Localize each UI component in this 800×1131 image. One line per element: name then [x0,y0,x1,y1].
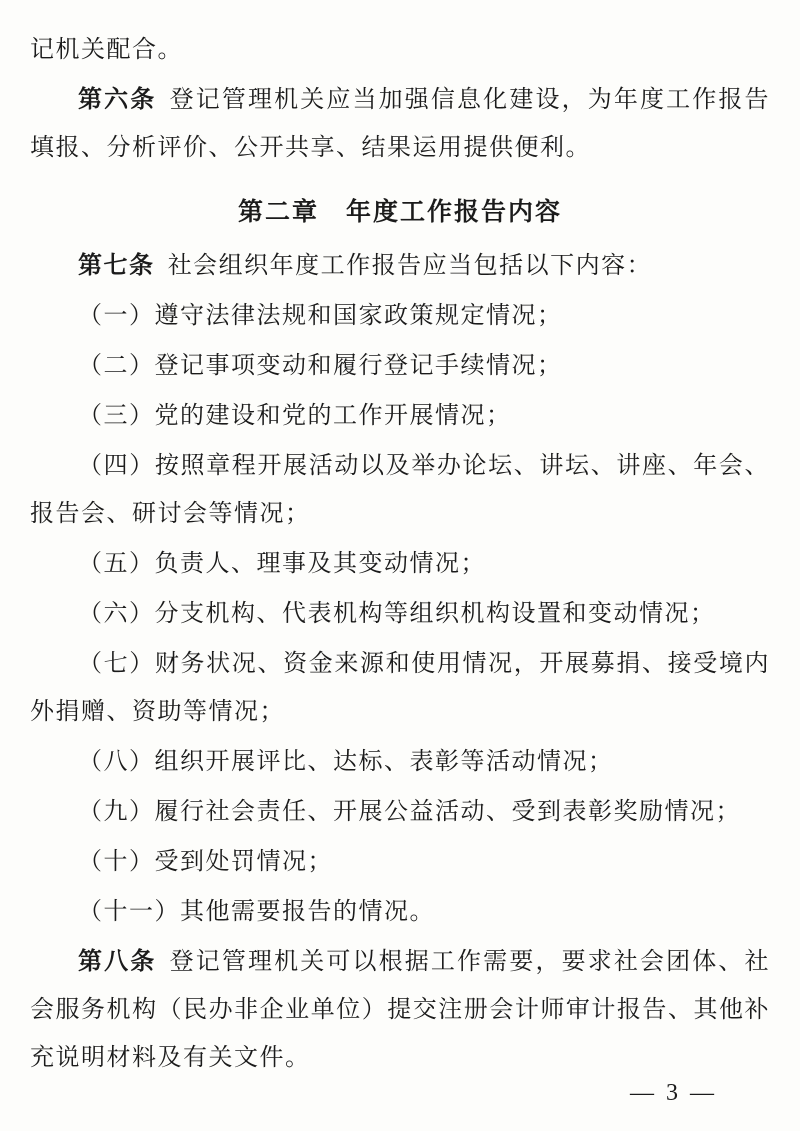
item-4: （四）按照章程开展活动以及举办论坛、讲坛、讲座、年会、报告会、研讨会等情况； [30,442,770,538]
item-6: （六）分支机构、代表机构等组织机构设置和变动情况； [30,590,770,638]
document-body: 记机关配合。 第六条登记管理机关应当加强信息化建设，为年度工作报告填报、分析评价… [0,0,800,1082]
item-5: （五）负责人、理事及其变动情况； [30,540,770,588]
item-10: （十）受到处罚情况； [30,838,770,886]
item-9: （九）履行社会责任、开展公益活动、受到表彰奖励情况； [30,788,770,836]
document-page: 记机关配合。 第六条登记管理机关应当加强信息化建设，为年度工作报告填报、分析评价… [0,0,800,1131]
article-6-label: 第六条 [78,86,156,113]
chapter-heading: 第二章 年度工作报告内容 [30,188,770,236]
article-6: 第六条登记管理机关应当加强信息化建设，为年度工作报告填报、分析评价、公开共享、结… [30,76,770,172]
paragraph-continuation: 记机关配合。 [30,26,770,74]
item-1: （一）遵守法律法规和国家政策规定情况； [30,292,770,340]
item-2: （二）登记事项变动和履行登记手续情况； [30,342,770,390]
item-7: （七）财务状况、资金来源和使用情况，开展募捐、接受境内外捐赠、资助等情况； [30,640,770,736]
page-number: — 3 — [630,1078,717,1108]
item-8: （八）组织开展评比、达标、表彰等活动情况； [30,738,770,786]
item-3: （三）党的建设和党的工作开展情况； [30,392,770,440]
article-8: 第八条登记管理机关可以根据工作需要，要求社会团体、社会服务机构（民办非企业单位）… [30,938,770,1082]
article-7: 第七条社会组织年度工作报告应当包括以下内容： [30,242,770,290]
article-8-label: 第八条 [78,948,156,975]
article-7-text: 社会组织年度工作报告应当包括以下内容： [168,253,653,279]
article-7-label: 第七条 [78,252,155,279]
item-11: （十一）其他需要报告的情况。 [30,888,770,936]
